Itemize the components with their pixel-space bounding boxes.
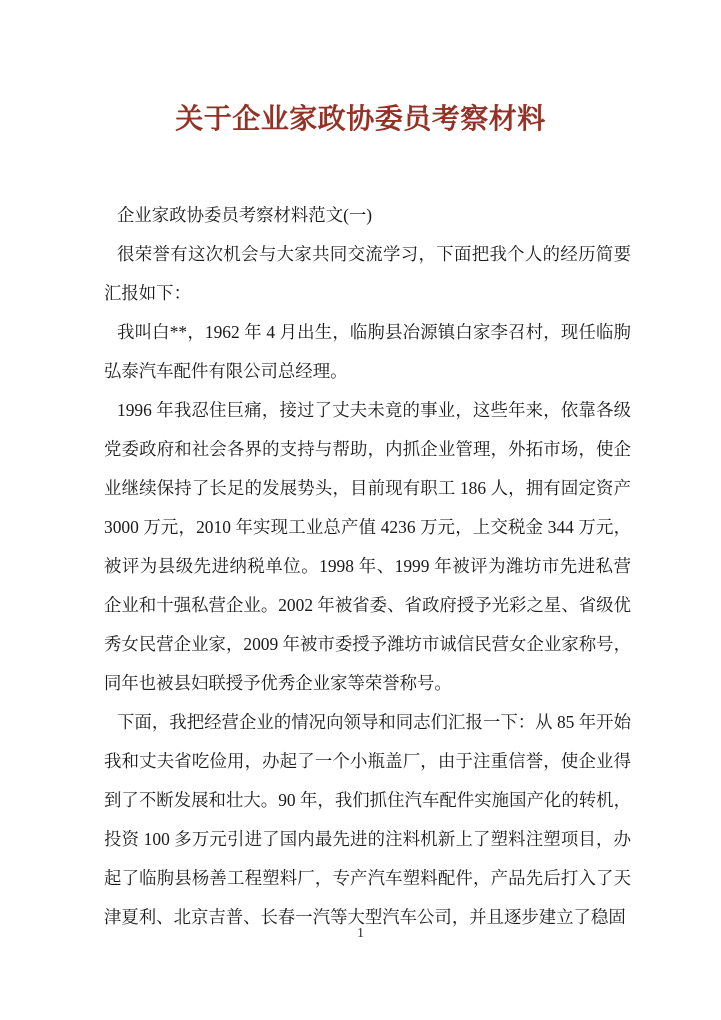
page-number-footer: 1 (0, 924, 721, 944)
document-body: 企业家政协委员考察材料范文(一) 很荣誉有这次机会与大家共同交流学习，下面把我个… (104, 196, 631, 937)
paragraph-intro: 很荣誉有这次机会与大家共同交流学习，下面把我个人的经历简要汇报如下： (104, 235, 631, 313)
document-page: 关于企业家政协委员考察材料 企业家政协委员考察材料范文(一) 很荣誉有这次机会与… (0, 0, 721, 1020)
paragraph-business-history: 下面，我把经营企业的情况向领导和同志们汇报一下：从 85 年开始我和丈夫省吃俭用… (104, 703, 631, 937)
paragraph-achievements: 1996 年我忍住巨痛，接过了丈夫未竟的事业，这些年来，依靠各级党委政府和社会各… (104, 391, 631, 703)
page-number: 1 (357, 926, 364, 941)
paragraph-bio: 我叫白**，1962 年 4 月出生，临朐县冶源镇白家李召村，现任临朐弘泰汽车配… (104, 313, 631, 391)
document-title: 关于企业家政协委员考察材料 (0, 103, 721, 137)
paragraph-subtitle: 企业家政协委员考察材料范文(一) (104, 196, 631, 235)
